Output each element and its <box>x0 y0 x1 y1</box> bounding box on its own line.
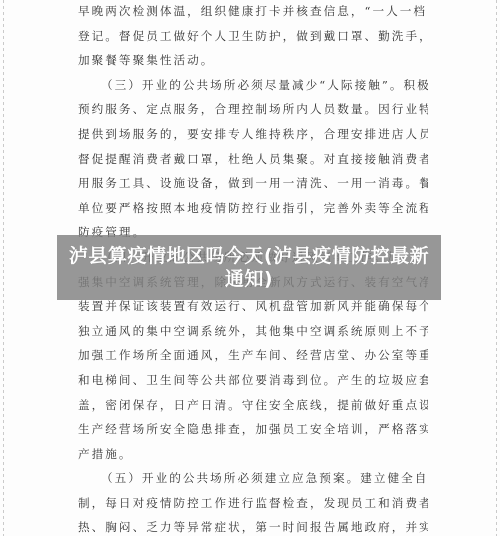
document-page: 早晚两次检测体温，组织健康打卡并核查信息，“一人一档”做好 登记。督促员工做好个… <box>0 0 500 536</box>
section-heading-3: （三）开业的公共场所必须尽量减少“人际接触”。积极采用 <box>78 76 428 95</box>
overlay-title: 泸县算疫情地区吗今天(泸县疫情防控最新通知) <box>64 245 434 291</box>
title-overlay-banner: 泸县算疫情地区吗今天(泸县疫情防控最新通知) <box>57 235 441 300</box>
page-edge-right <box>496 0 497 536</box>
text-line: 独立通风的集中空调系统外，其他集中空调系统原则上不予运行。 <box>78 322 428 341</box>
text-line: 盖，密闭保存，日产日清。守住安全底线，提前做好重点设施设备、 <box>78 396 428 415</box>
text-line: 和电梯间、卫生间等公共部位要消毒到位。产生的垃圾应套袋加 <box>78 371 428 390</box>
page-edge-left <box>3 0 4 536</box>
text-line: 加聚餐等聚集性活动。 <box>78 51 428 70</box>
text-line: 制，每日对疫情防控工作进行监督检查，发现员工和消费者存在发 <box>78 494 428 513</box>
text-line: 热、胸闷、乏力等异常症状，第一时间报告属地政府，并实施隔离、 <box>78 518 428 536</box>
text-line: 提供到场服务的，要安排专人维持秩序，合理安排进店人员间距， <box>78 125 428 144</box>
text-line: 单位要严格按照本地疫情防控行业指引，完善外卖等全流程卫生 <box>78 199 428 218</box>
text-line: 预约服务、定点服务，合理控制场所内人员数量。因行业特性必须 <box>78 100 428 119</box>
text-line: 早晚两次检测体温，组织健康打卡并核查信息，“一人一档”做好 <box>78 2 428 21</box>
text-line: 加强工作场所全面通风，生产车间、经营店堂、办公室等重要区域 <box>78 346 428 365</box>
section-heading-5: （五）开业的公共场所必须建立应急预案。建立健全自控机 <box>78 469 428 488</box>
text-line: 登记。督促员工做好个人卫生防护，做到戴口罩、勤洗手，避免参 <box>78 27 428 46</box>
text-line: 生产经营场所安全隐患排查，加强员工安全培训，严格落实安全生 <box>78 420 428 439</box>
text-line: 督促提醒消费者戴口罩，杜绝人员集聚。对直接接触消费者的共 <box>78 150 428 169</box>
text-line: 用服务工具、设施设备，做到一用一清洗、一用一消毒。餐饮服务 <box>78 174 428 193</box>
text-line: 产措施。 <box>78 445 428 464</box>
